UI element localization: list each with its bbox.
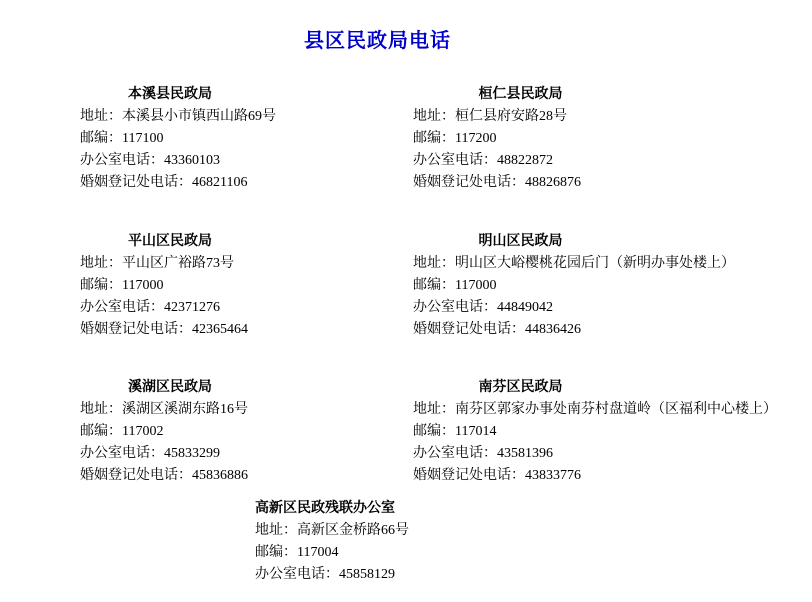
office-phone-line: 办公室电话：45833299 bbox=[80, 443, 260, 465]
postcode-value: 117000 bbox=[122, 278, 163, 293]
office-phone-line: 办公室电话：43360103 bbox=[80, 150, 276, 172]
office-phone-line: 办公室电话：45858129 bbox=[255, 564, 409, 586]
marriage-phone-label: 婚姻登记处电话： bbox=[413, 322, 525, 337]
address-line: 地址：平山区广裕路73号 bbox=[80, 253, 260, 275]
address-label: 地址： bbox=[413, 402, 455, 417]
marriage-phone-line: 婚姻登记处电话：48826876 bbox=[413, 172, 628, 194]
marriage-phone-label: 婚姻登记处电话： bbox=[80, 322, 192, 337]
address-label: 地址： bbox=[80, 402, 122, 417]
postcode-label: 邮编： bbox=[413, 131, 455, 146]
address-line: 地址：明山区大峪樱桃花园后门（新明办事处楼上） bbox=[413, 253, 735, 275]
bureau-name: 本溪县民政局 bbox=[80, 84, 260, 106]
bureau-card-nanfen-district: 南芬区民政局 地址：南芬区郭家办事处南芬村盘道岭（区福利中心楼上） 邮编：117… bbox=[413, 377, 777, 487]
office-phone-label: 办公室电话： bbox=[413, 446, 497, 461]
office-phone-value: 43360103 bbox=[164, 153, 220, 168]
office-phone-label: 办公室电话： bbox=[413, 300, 497, 315]
address-value: 明山区大峪樱桃花园后门（新明办事处楼上） bbox=[455, 256, 735, 271]
address-value: 本溪县小市镇西山路69号 bbox=[122, 109, 276, 124]
office-phone-line: 办公室电话：42371276 bbox=[80, 297, 260, 319]
postcode-line: 邮编：117200 bbox=[413, 128, 628, 150]
office-phone-value: 42371276 bbox=[164, 300, 220, 315]
bureau-name: 明山区民政局 bbox=[413, 231, 628, 253]
bureau-name: 南芬区民政局 bbox=[413, 377, 628, 399]
postcode-value: 117100 bbox=[122, 131, 163, 146]
office-phone-line: 办公室电话：48822872 bbox=[413, 150, 628, 172]
marriage-phone-line: 婚姻登记处电话：45836886 bbox=[80, 465, 260, 487]
postcode-value: 117004 bbox=[297, 545, 338, 560]
postcode-label: 邮编： bbox=[80, 424, 122, 439]
office-phone-value: 45858129 bbox=[339, 567, 395, 582]
postcode-label: 邮编： bbox=[80, 278, 122, 293]
bureau-card-gaoxin-zone: 高新区民政残联办公室 地址：高新区金桥路66号 邮编：117004 办公室电话：… bbox=[255, 498, 409, 586]
address-value: 南芬区郭家办事处南芬村盘道岭（区福利中心楼上） bbox=[455, 402, 777, 417]
page-title: 县区民政局电话 bbox=[0, 0, 755, 53]
office-phone-line: 办公室电话：44849042 bbox=[413, 297, 735, 319]
address-value: 高新区金桥路66号 bbox=[297, 523, 409, 538]
marriage-phone-line: 婚姻登记处电话：46821106 bbox=[80, 172, 276, 194]
office-phone-value: 48822872 bbox=[497, 153, 553, 168]
postcode-line: 邮编：117014 bbox=[413, 421, 777, 443]
postcode-value: 117002 bbox=[122, 424, 163, 439]
marriage-phone-label: 婚姻登记处电话： bbox=[413, 175, 525, 190]
postcode-value: 117200 bbox=[455, 131, 496, 146]
postcode-line: 邮编：117004 bbox=[255, 542, 409, 564]
address-line: 地址：南芬区郭家办事处南芬村盘道岭（区福利中心楼上） bbox=[413, 399, 777, 421]
bureau-card-benxi-county: 本溪县民政局 地址：本溪县小市镇西山路69号 邮编：117100 办公室电话：4… bbox=[80, 84, 276, 194]
postcode-line: 邮编：117000 bbox=[413, 275, 735, 297]
postcode-line: 邮编：117100 bbox=[80, 128, 276, 150]
marriage-phone-value: 46821106 bbox=[192, 175, 247, 190]
address-value: 平山区广裕路73号 bbox=[122, 256, 234, 271]
office-phone-label: 办公室电话： bbox=[80, 300, 164, 315]
document-page: 县区民政局电话 本溪县民政局 地址：本溪县小市镇西山路69号 邮编：117100… bbox=[0, 0, 812, 602]
address-label: 地址： bbox=[413, 256, 455, 271]
address-value: 桓仁县府安路28号 bbox=[455, 109, 567, 124]
office-phone-value: 43581396 bbox=[497, 446, 553, 461]
bureau-name: 平山区民政局 bbox=[80, 231, 260, 253]
address-label: 地址： bbox=[80, 109, 122, 124]
postcode-line: 邮编：117000 bbox=[80, 275, 260, 297]
address-line: 地址：高新区金桥路66号 bbox=[255, 520, 409, 542]
postcode-label: 邮编： bbox=[413, 278, 455, 293]
office-phone-value: 45833299 bbox=[164, 446, 220, 461]
bureau-card-pingshan-district: 平山区民政局 地址：平山区广裕路73号 邮编：117000 办公室电话：4237… bbox=[80, 231, 260, 341]
bureau-card-xihu-district: 溪湖区民政局 地址：溪湖区溪湖东路16号 邮编：117002 办公室电话：458… bbox=[80, 377, 260, 487]
marriage-phone-label: 婚姻登记处电话： bbox=[413, 468, 525, 483]
office-phone-label: 办公室电话： bbox=[80, 153, 164, 168]
address-line: 地址：桓仁县府安路28号 bbox=[413, 106, 628, 128]
marriage-phone-line: 婚姻登记处电话：44836426 bbox=[413, 319, 735, 341]
postcode-value: 117000 bbox=[455, 278, 496, 293]
postcode-label: 邮编： bbox=[255, 545, 297, 560]
bureau-name: 溪湖区民政局 bbox=[80, 377, 260, 399]
marriage-phone-label: 婚姻登记处电话： bbox=[80, 468, 192, 483]
office-phone-label: 办公室电话： bbox=[255, 567, 339, 582]
address-value: 溪湖区溪湖东路16号 bbox=[122, 402, 248, 417]
office-phone-label: 办公室电话： bbox=[413, 153, 497, 168]
postcode-label: 邮编： bbox=[413, 424, 455, 439]
marriage-phone-value: 43833776 bbox=[525, 468, 581, 483]
marriage-phone-line: 婚姻登记处电话：42365464 bbox=[80, 319, 260, 341]
marriage-phone-value: 42365464 bbox=[192, 322, 248, 337]
bureau-card-mingshan-district: 明山区民政局 地址：明山区大峪樱桃花园后门（新明办事处楼上） 邮编：117000… bbox=[413, 231, 735, 341]
postcode-value: 117014 bbox=[455, 424, 496, 439]
address-label: 地址： bbox=[413, 109, 455, 124]
bureau-card-huanren-county: 桓仁县民政局 地址：桓仁县府安路28号 邮编：117200 办公室电话：4882… bbox=[413, 84, 628, 194]
address-label: 地址： bbox=[255, 523, 297, 538]
marriage-phone-value: 48826876 bbox=[525, 175, 581, 190]
address-label: 地址： bbox=[80, 256, 122, 271]
postcode-line: 邮编：117002 bbox=[80, 421, 260, 443]
marriage-phone-line: 婚姻登记处电话：43833776 bbox=[413, 465, 777, 487]
marriage-phone-value: 44836426 bbox=[525, 322, 581, 337]
office-phone-line: 办公室电话：43581396 bbox=[413, 443, 777, 465]
office-phone-value: 44849042 bbox=[497, 300, 553, 315]
bureau-name: 高新区民政残联办公室 bbox=[255, 498, 409, 520]
postcode-label: 邮编： bbox=[80, 131, 122, 146]
address-line: 地址：溪湖区溪湖东路16号 bbox=[80, 399, 260, 421]
bureau-name: 桓仁县民政局 bbox=[413, 84, 628, 106]
address-line: 地址：本溪县小市镇西山路69号 bbox=[80, 106, 276, 128]
marriage-phone-value: 45836886 bbox=[192, 468, 248, 483]
marriage-phone-label: 婚姻登记处电话： bbox=[80, 175, 192, 190]
office-phone-label: 办公室电话： bbox=[80, 446, 164, 461]
